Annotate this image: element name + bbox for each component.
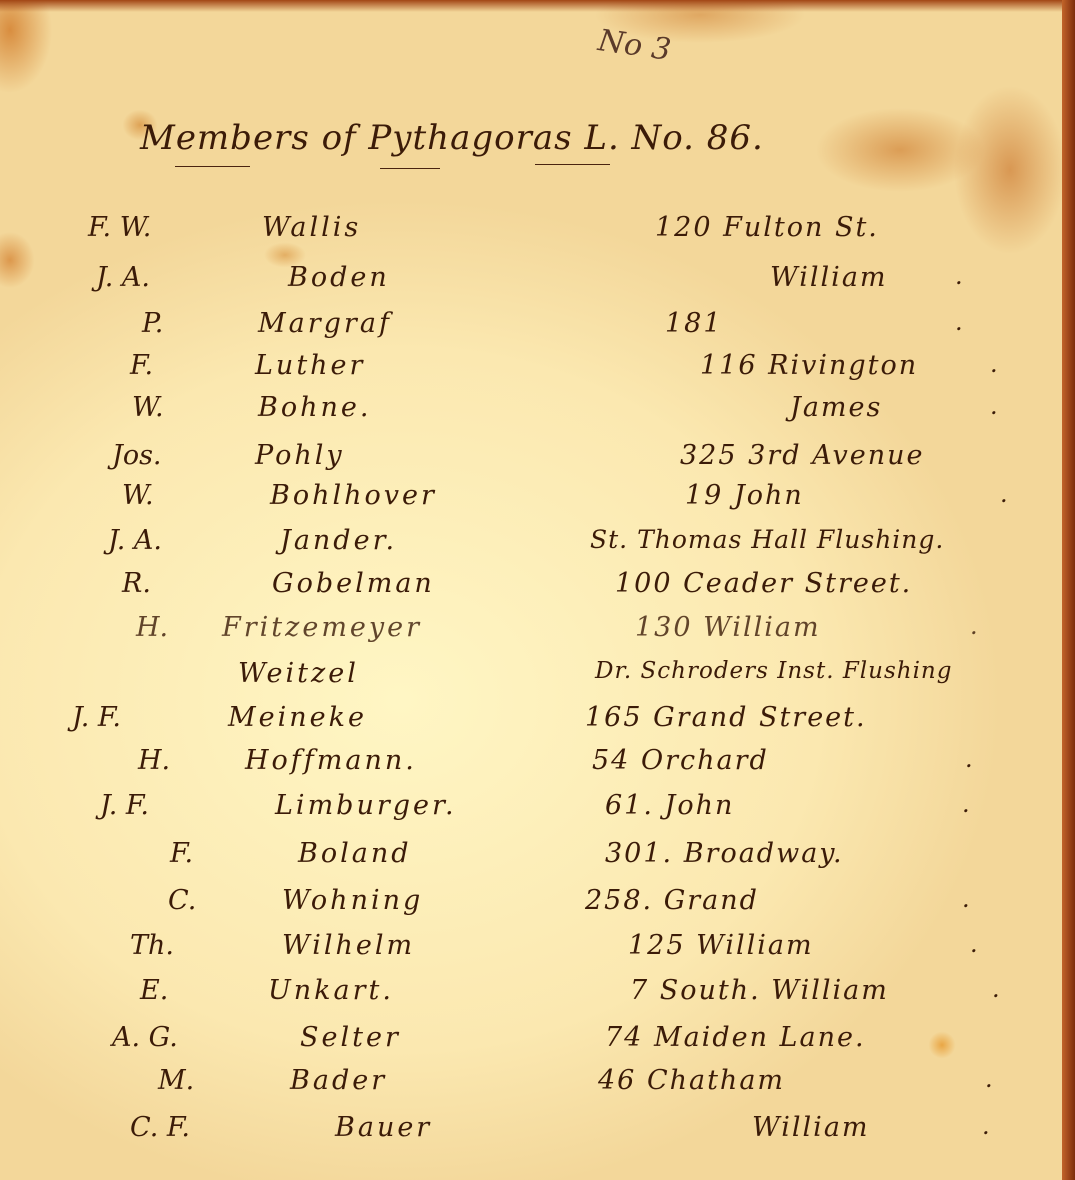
member-address: 165 Grand Street. <box>585 702 867 733</box>
member-initials: P. <box>142 308 163 339</box>
member-surname: Limburger. <box>275 790 457 821</box>
list-item: J. A. Jander. St. Thomas Hall Flushing. <box>0 525 1060 565</box>
member-initials: F. <box>130 350 153 381</box>
member-initials: J. A. <box>96 262 150 293</box>
list-item: Th. Wilhelm 125 William . <box>0 930 1060 970</box>
member-initials: M. <box>158 1065 194 1096</box>
member-initials: J. F. <box>100 790 149 821</box>
member-address: 325 3rd Avenue <box>680 440 924 471</box>
member-surname: Pohly <box>255 440 345 471</box>
member-surname: Margraf <box>258 308 392 339</box>
member-surname: Boland <box>298 838 412 869</box>
member-surname: Fritzemeyer <box>222 612 422 643</box>
member-initials: C. <box>168 885 196 916</box>
member-surname: Gobelman <box>272 568 435 599</box>
member-address: 130 William <box>635 612 821 643</box>
member-initials: H. <box>136 612 168 643</box>
list-item: R. Gobelman 100 Ceader Street. <box>0 568 1060 608</box>
member-surname: Unkart. <box>268 975 394 1006</box>
member-surname: Boden <box>288 262 390 293</box>
member-address: James <box>790 392 882 423</box>
member-address: 120 Fulton St. <box>655 212 879 243</box>
list-item: W. Bohne. James . <box>0 392 1060 432</box>
member-address: 7 South. William <box>630 975 889 1006</box>
member-surname: Wilhelm <box>282 930 415 961</box>
list-item: P. Margraf 181 . <box>0 308 1060 348</box>
member-address: William <box>770 262 888 293</box>
member-surname: Bader <box>290 1065 387 1096</box>
member-initials: Th. <box>130 930 174 961</box>
member-address: 100 Ceader Street. <box>615 568 912 599</box>
member-address: 54 Orchard <box>592 745 769 776</box>
member-initials: J. F. <box>72 702 121 733</box>
member-surname: Weitzel <box>238 658 359 689</box>
list-item: W. Bohlhover 19 John . <box>0 480 1060 520</box>
member-initials: C. F. <box>130 1112 190 1143</box>
list-item: F. W. Wallis 120 Fulton St. <box>0 212 1060 252</box>
member-initials: F. <box>170 838 193 869</box>
title-text: Members of Pythagoras L. No. 86. <box>140 118 764 158</box>
member-surname: Bohlhover <box>270 480 437 511</box>
page-right-edge <box>1062 0 1075 1180</box>
list-item: C. Wohning 258. Grand . <box>0 885 1060 925</box>
list-item: H. Hoffmann. 54 Orchard . <box>0 745 1060 785</box>
member-address: Dr. Schroders Inst. Flushing <box>595 658 952 684</box>
member-address: 74 Maiden Lane. <box>605 1022 866 1053</box>
member-initials: W. <box>132 392 164 423</box>
list-item: Jos. Pohly 325 3rd Avenue <box>0 440 1060 480</box>
member-address: 181 <box>665 308 723 339</box>
member-address: 301. Broadway. <box>605 838 844 869</box>
member-initials: J. A. <box>108 525 162 556</box>
member-address: 61. John <box>605 790 734 821</box>
page-title: Members of Pythagoras L. No. 86. <box>140 118 764 158</box>
title-underline <box>380 168 440 169</box>
title-underline <box>175 166 250 167</box>
member-address: William <box>752 1112 870 1143</box>
list-item: C. F. Bauer William . <box>0 1112 1060 1152</box>
member-surname: Selter <box>300 1022 401 1053</box>
list-item: H. Fritzemeyer 130 William . <box>0 612 1060 652</box>
list-item: F. Boland 301. Broadway. <box>0 838 1060 878</box>
member-initials: E. <box>140 975 168 1006</box>
member-initials: Jos. <box>112 440 162 471</box>
member-address: 46 Chatham <box>598 1065 785 1096</box>
list-item: J. F. Meineke 165 Grand Street. <box>0 702 1060 742</box>
member-address: 125 William <box>628 930 814 961</box>
member-address: 116 Rivington <box>700 350 918 381</box>
member-surname: Jander. <box>280 525 397 556</box>
list-item: E. Unkart. 7 South. William . <box>0 975 1060 1015</box>
member-surname: Meineke <box>228 702 367 733</box>
member-surname: Bohne. <box>258 392 371 423</box>
member-initials: H. <box>138 745 170 776</box>
member-surname: Hoffmann. <box>245 745 417 776</box>
member-surname: Wohning <box>282 885 423 916</box>
member-address: St. Thomas Hall Flushing. <box>590 525 944 554</box>
member-initials: R. <box>122 568 151 599</box>
member-initials: A. G. <box>112 1022 178 1053</box>
member-address: 258. Grand <box>585 885 759 916</box>
title-underline <box>535 164 610 165</box>
list-item: F. Luther 116 Rivington . <box>0 350 1060 390</box>
member-surname: Luther <box>255 350 365 381</box>
member-address: 19 John <box>685 480 804 511</box>
list-item: M. Bader 46 Chatham . <box>0 1065 1060 1105</box>
list-item: J. F. Limburger. 61. John . <box>0 790 1060 830</box>
list-item: Weitzel Dr. Schroders Inst. Flushing <box>0 658 1075 698</box>
stained-top-edge <box>0 0 1075 12</box>
list-item: J. A. Boden William . <box>0 262 1060 302</box>
member-surname: Bauer <box>335 1112 432 1143</box>
member-surname: Wallis <box>262 212 361 243</box>
member-initials: W. <box>122 480 154 511</box>
member-initials: F. W. <box>88 212 151 243</box>
list-item: A. G. Selter 74 Maiden Lane. <box>0 1022 1060 1062</box>
